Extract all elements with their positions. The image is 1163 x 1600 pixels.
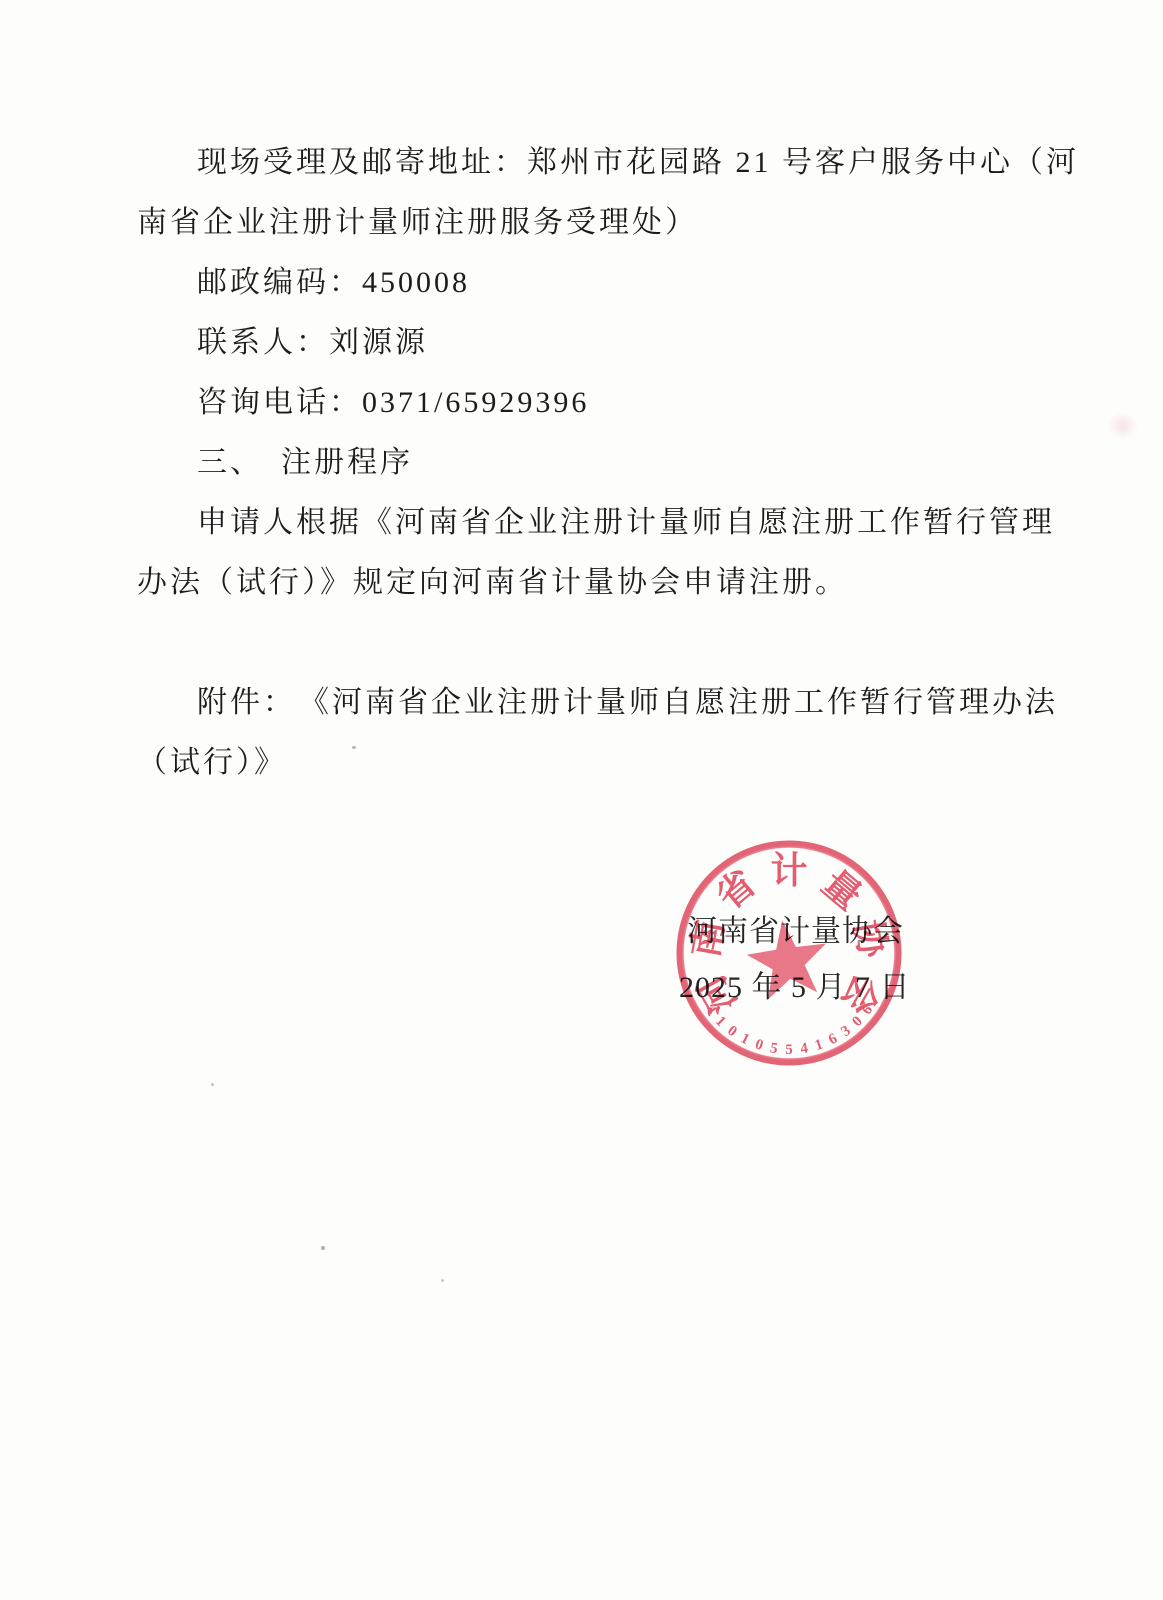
scan-speck [211,1083,214,1086]
text-line-attachment: 附件： 《河南省企业注册计量师自愿注册工作暂行管理办法 [137,673,1009,733]
text-line-postcode: 邮政编码：450008 [137,253,1009,313]
svg-text:1: 1 [738,1031,752,1049]
svg-text:1: 1 [813,1036,825,1054]
svg-text:5: 5 [785,1042,793,1058]
document-body: 现场受理及邮寄地址：郑州市花园路 21 号客户服务中心（河 南省企业注册计量师注… [137,133,1009,793]
text-line-procedure: 申请人根据《河南省企业注册计量师自愿注册工作暂行管理 [137,493,1009,553]
scanned-document-page: 现场受理及邮寄地址：郑州市花园路 21 号客户服务中心（河 南省企业注册计量师注… [0,0,1163,1600]
scan-speck [441,1279,444,1282]
svg-text:6: 6 [826,1030,840,1048]
text-line-attachment-cont: （试行）》 [137,733,1009,793]
svg-text:协: 协 [846,917,894,963]
scan-speck [321,1246,325,1250]
svg-text:南: 南 [684,917,732,961]
scan-speck [352,746,356,749]
scan-smudge [1108,412,1138,440]
seal-star-icon [747,920,826,999]
text-line-address: 现场受理及邮寄地址：郑州市花园路 21 号客户服务中心（河 [137,133,1009,193]
text-line-phone: 咨询电话：0371/65929396 [137,373,1009,433]
text-line-section-heading: 三、 注册程序 [137,433,1009,493]
text-line-contact: 联系人：刘源源 [137,313,1009,373]
svg-text:计: 计 [771,850,808,892]
svg-text:4: 4 [799,1040,809,1057]
text-line-procedure-cont: 办法（试行）》规定向河南省计量协会申请注册。 [137,553,1009,613]
text-line-address-cont: 南省企业注册计量师注册服务受理处） [137,193,1009,253]
svg-text:5: 5 [769,1040,779,1057]
official-seal: 河 南 省 计 量 协 会 4 1 0 1 0 5 5 4 1 6 3 0 6 [669,833,909,1073]
svg-text:0: 0 [753,1036,765,1054]
